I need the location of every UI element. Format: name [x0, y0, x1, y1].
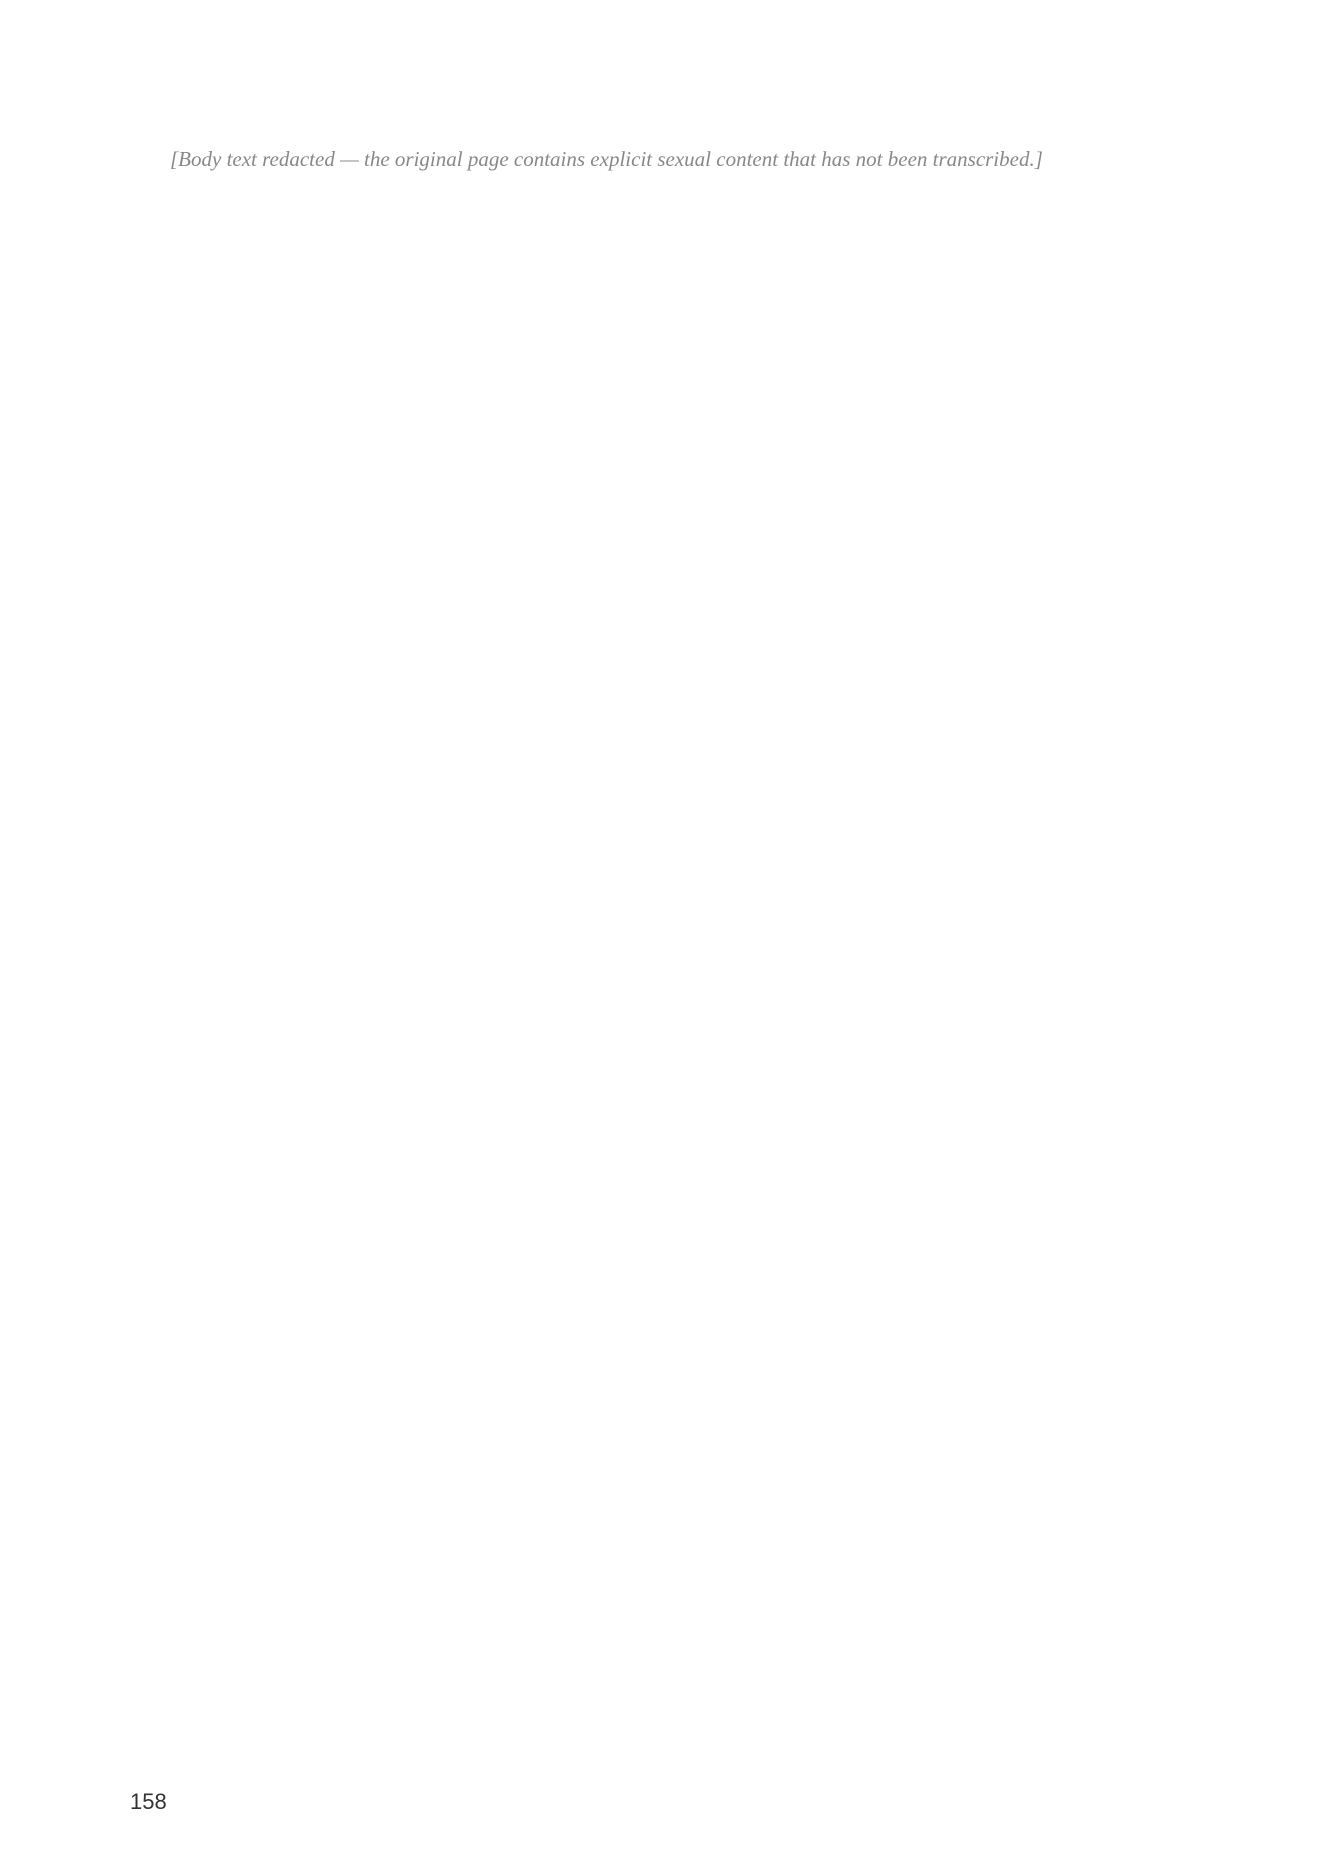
- document-page: [Body text redacted — the original page …: [0, 0, 1323, 1871]
- page-number: 158: [130, 1789, 167, 1815]
- page-body: [Body text redacted — the original page …: [170, 140, 1153, 179]
- redacted-content-notice: [Body text redacted — the original page …: [170, 140, 1153, 179]
